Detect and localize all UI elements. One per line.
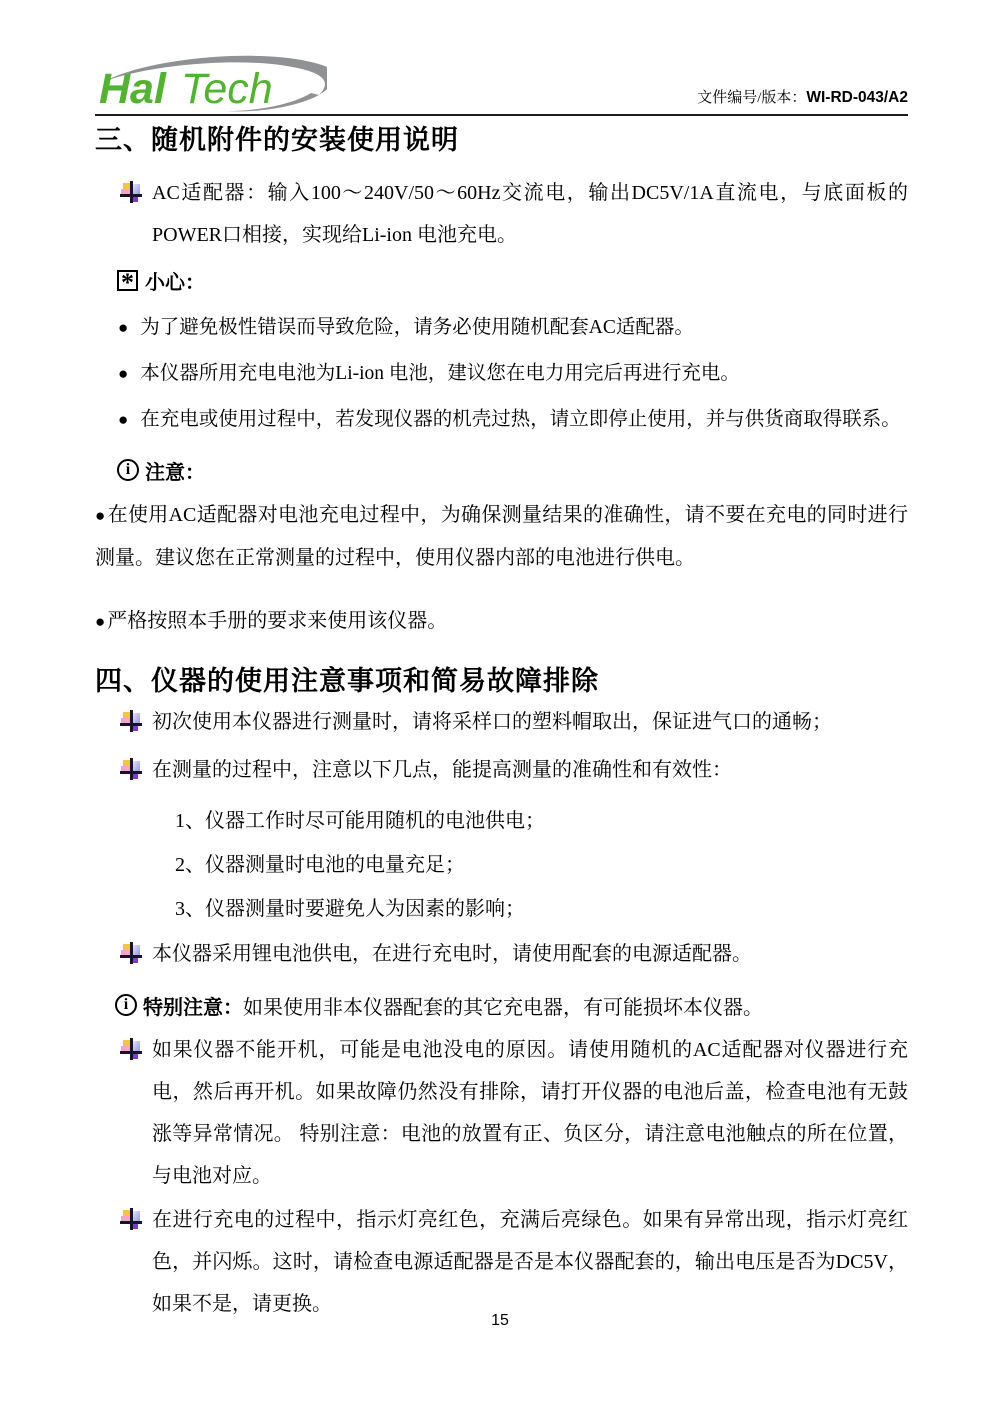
document-id: 文件编号/版本：WI-RD-043/A2: [697, 86, 908, 107]
caution-asterisk-icon: *: [117, 270, 138, 291]
logo-text-bold: Hal: [99, 65, 167, 113]
first-use-bullet: 初次使用本仪器进行测量时，请将采样口的塑料帽取出，保证进气口的通畅；: [120, 701, 908, 743]
fly-bullet-icon: [120, 710, 142, 732]
notice-paragraph: ●在使用AC适配器对电池充电过程中，为确保测量结果的准确性，请不要在充电的同时进…: [95, 494, 908, 580]
special-notice-label: 特别注意：: [143, 991, 243, 1020]
logo-text-light: Tech: [181, 65, 273, 113]
caution-item: ●为了避免极性错误而导致危险，请务必使用随机配套AC适配器。: [118, 314, 908, 342]
no-power-bullet-text: 如果仪器不能开机，可能是电池没电的原因。请使用随机的AC适配器对仪器进行充电，然…: [152, 1029, 908, 1197]
fly-bullet-icon: [120, 1038, 142, 1060]
measure-tips-bullet-text: 在测量的过程中，注意以下几点，能提高测量的准确性和有效性：: [152, 749, 732, 791]
dot-bullet-icon: ●: [118, 410, 128, 429]
fly-bullet-icon: [120, 942, 142, 964]
caution-label: 小心：: [145, 266, 205, 295]
notice-paragraph-text: 严格按照本手册的要求来使用该仪器。: [107, 610, 447, 632]
charging-led-bullet: 在进行充电的过程中，指示灯亮红色，充满后亮绿色。如果有异常出现，指示灯亮红色，并…: [120, 1199, 908, 1325]
section4-title: 四、仪器的使用注意事项和简易故障排除: [95, 663, 908, 699]
notice-label-row: i 注意：: [117, 454, 908, 486]
special-notice-text: 如果使用非本仪器配套的其它充电器，有可能损坏本仪器。: [243, 991, 763, 1020]
numbered-item: 3、仪器测量时要避免人为因素的影响；: [175, 895, 908, 923]
page-header: Hal Tech 文件编号/版本：WI-RD-043/A2: [95, 50, 908, 116]
notice-label: 注意：: [145, 456, 205, 485]
caution-item: ●在充电或使用过程中，若发现仪器的机壳过热，请立即停止使用，并与供货商取得联系。: [118, 406, 908, 434]
dot-bullet-icon: ●: [95, 506, 106, 525]
caution-item-text: 本仪器所用充电电池为Li-ion 电池，建议您在电力用完后再进行充电。: [140, 363, 740, 384]
adapter-bullet: AC适配器：输入100～240V/50～60Hz交流电，输出DC5V/1A直流电…: [120, 172, 908, 256]
adapter-bullet-text: AC适配器：输入100～240V/50～60Hz交流电，输出DC5V/1A直流电…: [152, 172, 908, 256]
caution-item-text: 在充电或使用过程中，若发现仪器的机壳过热，请立即停止使用，并与供货商取得联系。: [140, 409, 901, 430]
document-id-label: 文件编号/版本：: [697, 90, 806, 106]
special-notice-row: i 特别注意： 如果使用非本仪器配套的其它充电器，有可能损坏本仪器。: [115, 989, 908, 1021]
page-number: 15: [0, 1312, 1000, 1330]
charging-led-bullet-text: 在进行充电的过程中，指示灯亮红色，充满后亮绿色。如果有异常出现，指示灯亮红色，并…: [152, 1199, 908, 1325]
notice-paragraph: ●严格按照本手册的要求来使用该仪器。: [95, 600, 908, 643]
fly-bullet-icon: [120, 758, 142, 780]
document-id-value: WI-RD-043/A2: [806, 89, 908, 106]
first-use-bullet-text: 初次使用本仪器进行测量时，请将采样口的塑料帽取出，保证进气口的通畅；: [152, 701, 832, 743]
info-circle-icon: i: [117, 459, 139, 481]
dot-bullet-icon: ●: [95, 612, 105, 631]
notice-paragraph-text: 在使用AC适配器对电池充电过程中，为确保测量结果的准确性，请不要在充电的同时进行…: [95, 504, 908, 569]
page-content: Hal Tech 文件编号/版本：WI-RD-043/A2 三、随机附件的安装使…: [0, 50, 1000, 1325]
info-circle-icon: i: [115, 994, 137, 1016]
numbered-item: 1、仪器工作时尽可能用随机的电池供电；: [175, 807, 908, 835]
numbered-item: 2、仪器测量时电池的电量充足；: [175, 851, 908, 879]
measure-tips-bullet: 在测量的过程中，注意以下几点，能提高测量的准确性和有效性：: [120, 749, 908, 791]
section3-title: 三、随机附件的安装使用说明: [95, 122, 908, 158]
battery-bullet: 本仪器采用锂电池供电，在进行充电时，请使用配套的电源适配器。: [120, 933, 908, 975]
battery-bullet-text: 本仪器采用锂电池供电，在进行充电时，请使用配套的电源适配器。: [152, 933, 752, 975]
dot-bullet-icon: ●: [118, 318, 128, 337]
document-page: Hal Tech 文件编号/版本：WI-RD-043/A2 三、随机附件的安装使…: [0, 0, 1000, 1414]
caution-item-text: 为了避免极性错误而导致危险，请务必使用随机配套AC适配器。: [140, 317, 694, 338]
fly-bullet-icon: [120, 1208, 142, 1230]
caution-label-row: * 小心：: [117, 264, 908, 296]
caution-item: ●本仪器所用充电电池为Li-ion 电池，建议您在电力用完后再进行充电。: [118, 360, 908, 388]
no-power-bullet: 如果仪器不能开机，可能是电池没电的原因。请使用随机的AC适配器对仪器进行充电，然…: [120, 1029, 908, 1197]
fly-bullet-icon: [120, 181, 142, 203]
dot-bullet-icon: ●: [118, 364, 128, 383]
haltech-logo: Hal Tech: [97, 51, 327, 113]
